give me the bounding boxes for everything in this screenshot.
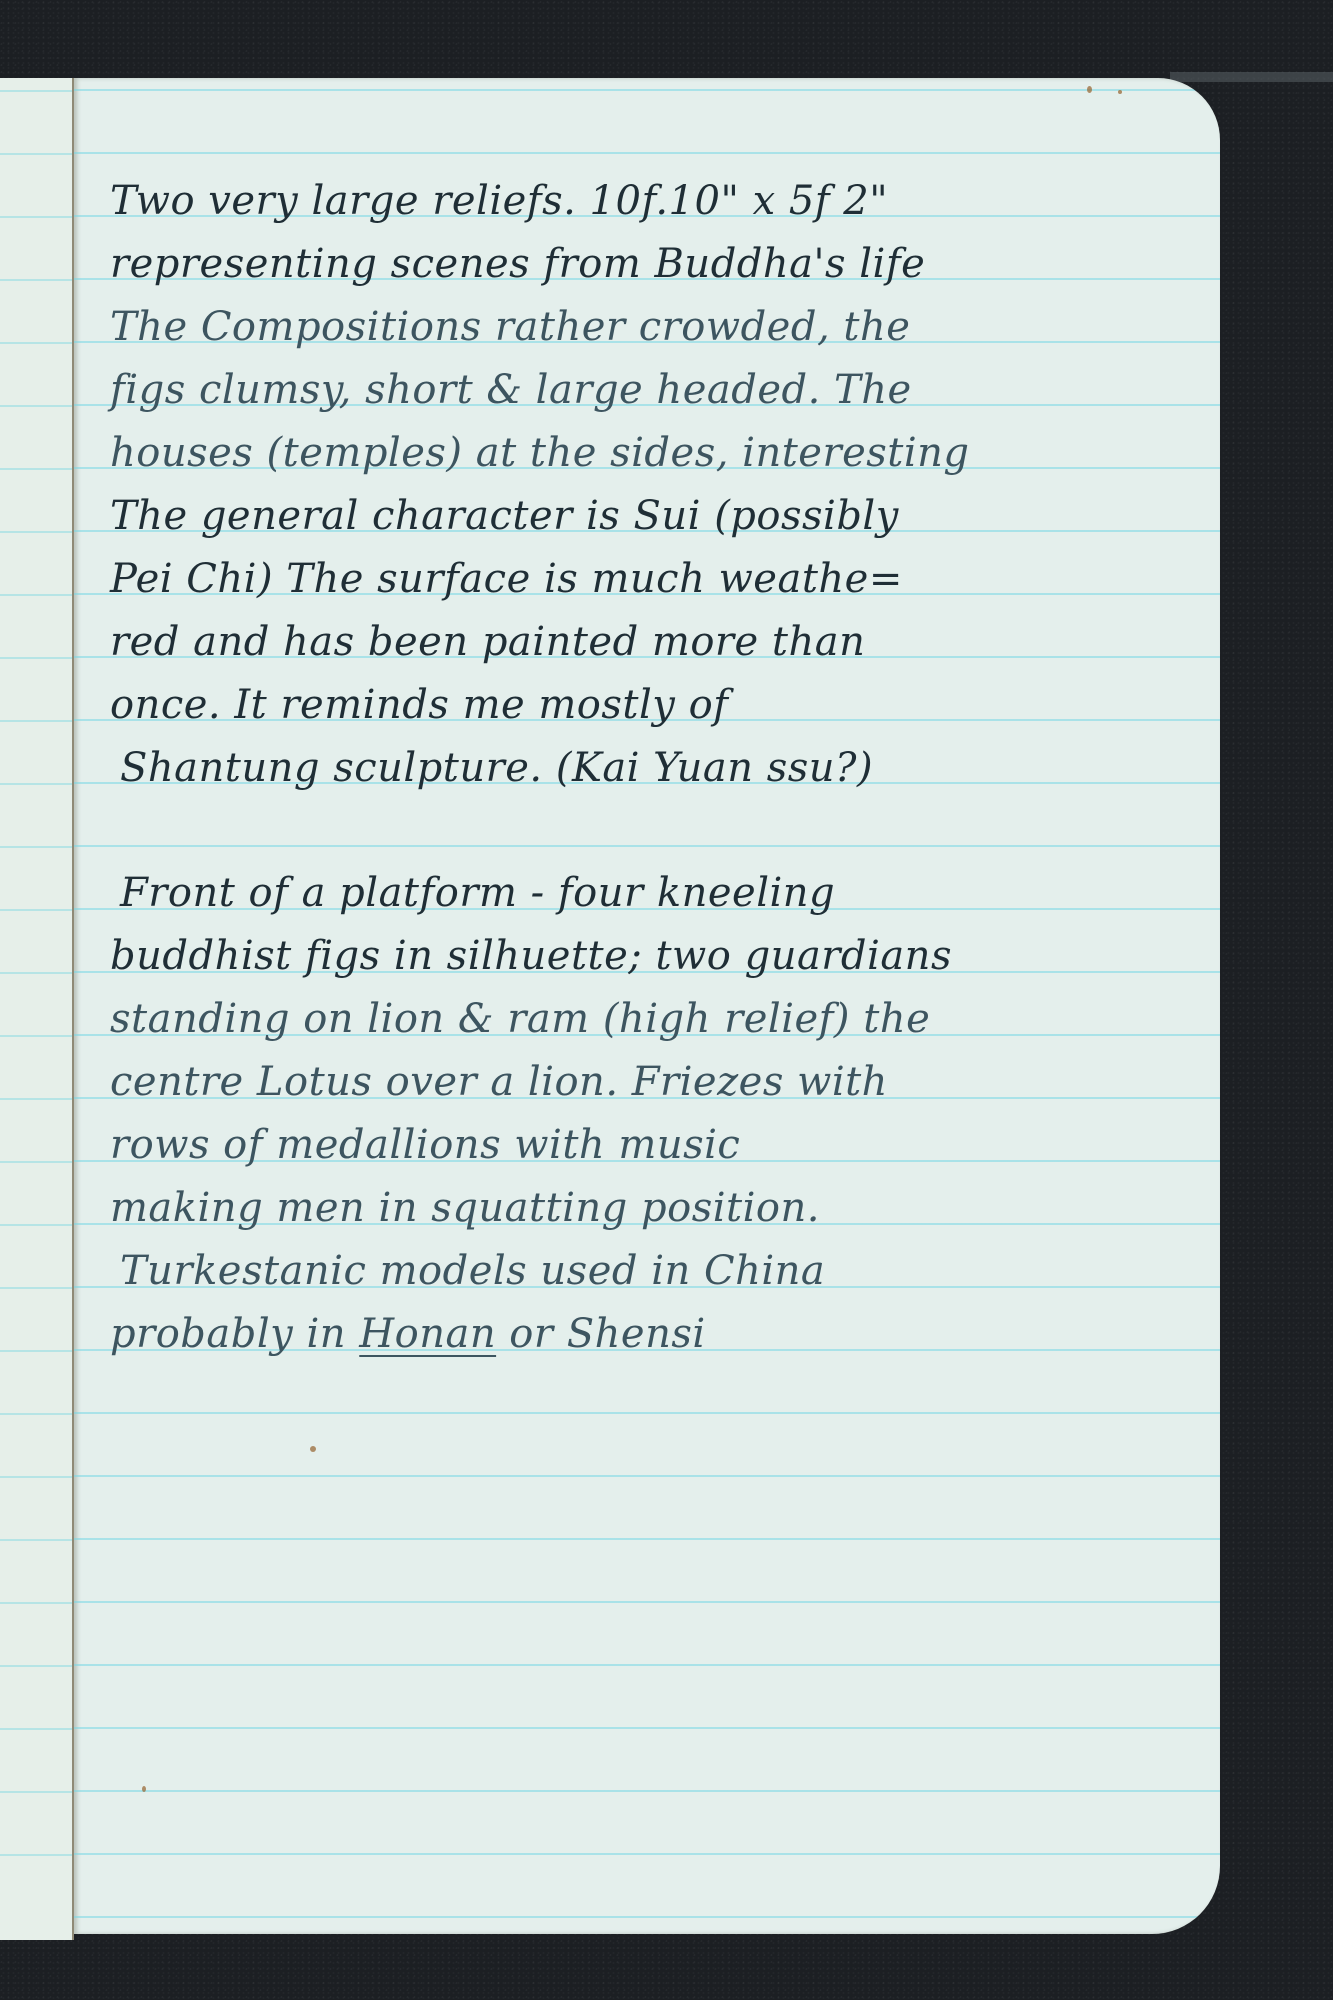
handwritten-line: centre Lotus over a lion. Friezes with: [110, 1051, 1200, 1114]
ruled-line: [0, 1161, 72, 1163]
ruled-line: [0, 531, 72, 533]
handwritten-line: Front of a platform - four kneeling: [110, 862, 1200, 925]
foxing-spot: [1118, 90, 1122, 94]
ruled-line: [0, 1791, 72, 1793]
ruled-line: [0, 1539, 72, 1541]
foxing-spot: [142, 1786, 146, 1792]
ruled-line: [0, 1728, 72, 1730]
ruled-line: [0, 1098, 72, 1100]
handwritten-line: red and has been painted more than: [110, 611, 1200, 674]
underlined-word: Honan: [359, 1311, 496, 1357]
handwritten-line: Shantung sculpture. (Kai Yuan ssu?): [110, 737, 1200, 800]
foxing-spot: [310, 1446, 316, 1452]
ruled-line: [0, 1224, 72, 1226]
handwritten-line: making men in squatting position.: [110, 1177, 1200, 1240]
ruled-line: [0, 1350, 72, 1352]
ruled-line: [0, 1602, 72, 1604]
handwritten-line: rows of medallions with music: [110, 1114, 1200, 1177]
handwritten-line: figs clumsy, short & large headed. The: [110, 359, 1200, 422]
ruled-line: [0, 594, 72, 596]
handwritten-line: standing on lion & ram (high relief) the: [110, 988, 1200, 1051]
ruled-line: [0, 1287, 72, 1289]
ruled-line: [0, 216, 72, 218]
foxing-spot: [1087, 86, 1092, 93]
ruled-line: [0, 468, 72, 470]
ruled-line: [0, 342, 72, 344]
facing-page-edge: [0, 78, 74, 1940]
handwritten-line: The general character is Sui (possibly: [110, 485, 1200, 548]
handwritten-line: buddhist figs in silhuette; two guardian…: [110, 925, 1200, 988]
ruled-line: [0, 1035, 72, 1037]
handwritten-line: probably in Honan or Shensi: [110, 1303, 1200, 1366]
handwritten-line: Two very large reliefs. 10f.10" x 5f 2": [110, 170, 1200, 233]
ruled-line: [0, 783, 72, 785]
notebook-page: Two very large reliefs. 10f.10" x 5f 2" …: [74, 78, 1220, 1934]
ruled-line: [0, 1476, 72, 1478]
handwritten-line: once. It reminds me mostly of: [110, 674, 1200, 737]
handwritten-line: representing scenes from Buddha's life: [110, 233, 1200, 296]
ruled-line: [0, 972, 72, 974]
ruled-line: [0, 279, 72, 281]
ruled-line: [0, 1665, 72, 1667]
handwritten-line: The Compositions rather crowded, the: [110, 296, 1200, 359]
ruled-line: [0, 153, 72, 155]
ruled-line: [0, 1413, 72, 1415]
ruled-line: [0, 1854, 72, 1856]
ruled-line: [0, 657, 72, 659]
note-paragraph-reliefs: Two very large reliefs. 10f.10" x 5f 2" …: [110, 170, 1200, 800]
ruled-line: [0, 90, 72, 92]
handwritten-line: houses (temples) at the sides, interesti…: [110, 422, 1200, 485]
handwritten-line: Pei Chi) The surface is much weathe=: [110, 548, 1200, 611]
handwritten-line-text: probably in Honan or Shensi: [110, 1311, 706, 1357]
handwritten-line: Turkestanic models used in China: [110, 1240, 1200, 1303]
ruled-line: [0, 846, 72, 848]
ruled-line: [0, 720, 72, 722]
ruled-line: [0, 909, 72, 911]
note-paragraph-platform: Front of a platform - four kneeling budd…: [110, 862, 1200, 1366]
ruled-line: [0, 405, 72, 407]
